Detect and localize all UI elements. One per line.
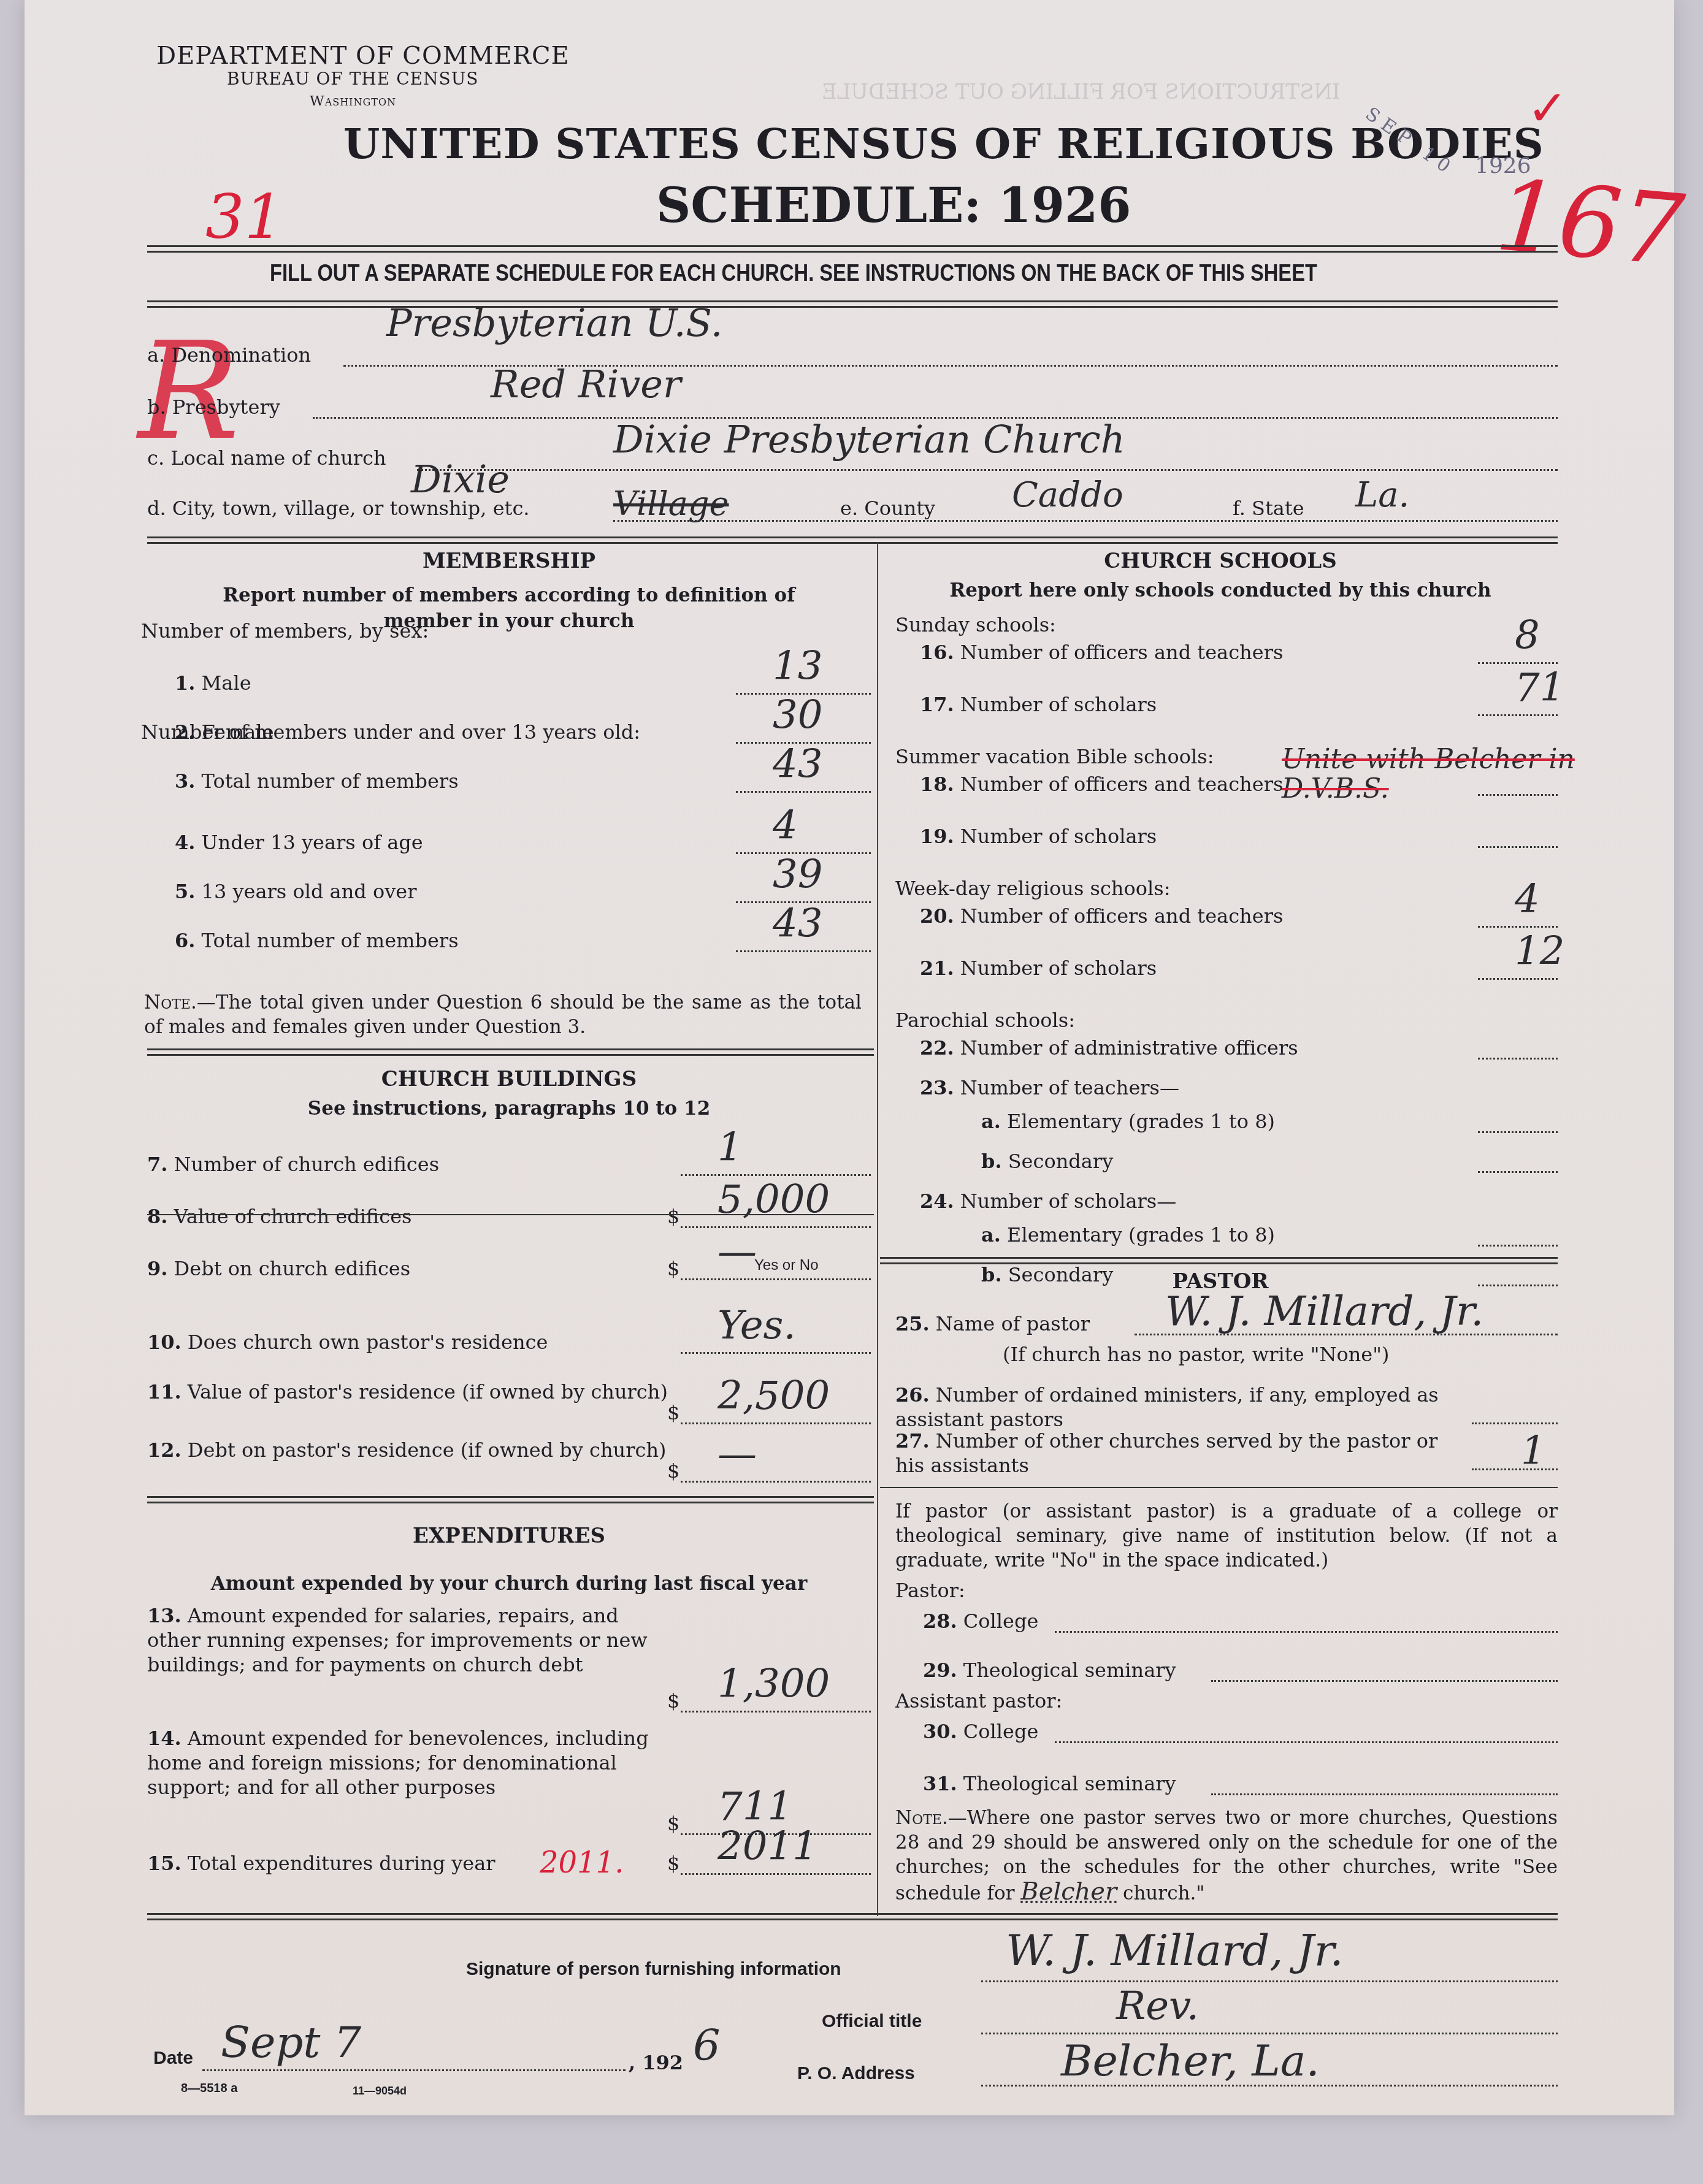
schools-q20-line [1478, 926, 1558, 928]
membership-q1-field[interactable]: 13 [773, 644, 822, 689]
church-buildings-subheading: See instructions, paragraphs 10 to 12 [147, 1098, 871, 1120]
dollar-sign: $ [667, 1852, 679, 1875]
buildings-q12-line [681, 1481, 871, 1483]
buildings-q11-field[interactable]: 2,500 [718, 1373, 830, 1419]
membership-heading: MEMBERSHIP [147, 549, 871, 573]
buildings-rule [147, 1214, 874, 1215]
expenditures-q13-line [681, 1711, 871, 1712]
dollar-sign: $ [667, 1401, 679, 1424]
schools-q20-label: 20. Number of officers and teachers [920, 904, 1283, 928]
q31-field[interactable] [1211, 1793, 1558, 1795]
buildings-q9-field[interactable]: — [718, 1229, 757, 1275]
schools-group-label: Summer vacation Bible schools: [895, 745, 1214, 768]
official-title-line [981, 2033, 1558, 2034]
membership-divider [147, 1048, 874, 1056]
membership-q2-field[interactable]: 30 [773, 693, 822, 738]
q25-hint: (If church has no pastor, write "None") [1003, 1343, 1389, 1366]
membership-q1-label: 1. Male [175, 671, 251, 695]
schools-q21-label: 21. Number of scholars [920, 956, 1157, 980]
schools-qa-line [1478, 1131, 1558, 1133]
schools-subheader: 23. Number of teachers— [920, 1076, 1179, 1099]
schools-q21-field[interactable]: 12 [1515, 929, 1564, 974]
buildings-q7-line [681, 1174, 871, 1176]
signature-label: Signature of person furnishing informati… [466, 1959, 841, 1980]
department-name: DEPARTMENT OF COMMERCE [156, 42, 570, 70]
column-divider [877, 543, 878, 1916]
expenditures-q14-label: 14. Amount expended for benevolences, in… [147, 1726, 675, 1800]
membership-q6-line [736, 950, 871, 952]
see-schedule-church: Belcher [1020, 1877, 1117, 1906]
expenditures-q14-field[interactable]: 711 [718, 1784, 792, 1830]
schools-q19-label: 19. Number of scholars [920, 825, 1157, 848]
date-year-prefix: , 192 [629, 2051, 683, 2074]
buildings-divider [147, 1496, 874, 1503]
expenditures-q13-label: 13. Amount expended for salaries, repair… [147, 1603, 675, 1677]
header-divider [147, 245, 1558, 253]
church-schools-heading: CHURCH SCHOOLS [883, 549, 1558, 573]
membership-q3-field[interactable]: 43 [773, 742, 822, 787]
form-title: UNITED STATES CENSUS OF RELIGIOUS BODIES [343, 120, 1544, 169]
schools-qa-label: a. Elementary (grades 1 to 8) [981, 1223, 1275, 1247]
church-schools-subheading: Report here only schools conducted by th… [883, 579, 1558, 601]
membership-q5-field[interactable]: 39 [773, 852, 822, 898]
q26-line [1472, 1422, 1558, 1424]
expenditures-q13-field[interactable]: 1,300 [718, 1662, 830, 1707]
schools-q16-field[interactable]: 8 [1515, 613, 1540, 659]
instructions-banner: FILL OUT A SEPARATE SCHEDULE FOR EACH CH… [270, 261, 1317, 287]
official-title-label: Official title [822, 2011, 922, 2032]
buildings-q9-line [681, 1278, 871, 1280]
expenditures-q15-label: 15. Total expenditures during year [147, 1852, 496, 1875]
schools-qb-line [1478, 1171, 1558, 1173]
buildings-q7-label: 7. Number of church edifices [147, 1153, 439, 1176]
bureau-name: BUREAU OF THE CENSUS [227, 69, 478, 89]
official-title-field[interactable]: Rev. [1116, 1984, 1199, 2029]
church-buildings-heading: CHURCH BUILDINGS [147, 1067, 871, 1091]
banner-divider [147, 300, 1558, 308]
buildings-q10-line [681, 1352, 871, 1354]
presbytery-field[interactable]: Red River [491, 362, 681, 407]
dollar-sign: $ [667, 1257, 679, 1280]
bleed-through-text: INSTRUCTIONS FOR FILLING OUT SCHEDULE [822, 80, 1341, 104]
denomination-label: a. Denomination [147, 343, 311, 367]
pastor-note: Note.—Where one pastor serves two or mor… [895, 1806, 1558, 1906]
city-field[interactable]: Dixie [411, 457, 510, 502]
membership-q4-field[interactable]: 4 [773, 803, 798, 849]
q29-label: 29. Theological seminary [923, 1659, 1176, 1682]
local-name-label: c. Local name of church [147, 446, 386, 470]
schools-q21-line [1478, 978, 1558, 980]
schools-subheader: 24. Number of scholars— [920, 1189, 1176, 1213]
local-name-line [417, 469, 1558, 471]
pastor-rule [880, 1487, 1558, 1488]
date-year-field[interactable]: 6 [693, 2020, 721, 2071]
state-label: f. State [1233, 497, 1304, 520]
dollar-sign: $ [667, 1812, 679, 1835]
schools-q22-label: 22. Number of administrative officers [920, 1036, 1298, 1060]
q31-label: 31. Theological seminary [923, 1772, 1176, 1795]
total-correction-note: 2011. [540, 1846, 624, 1880]
schedule-year: SCHEDULE: 1926 [656, 178, 1131, 234]
po-address-label: P. O. Address [797, 2063, 915, 2084]
buildings-q8-label: 8. Value of church edifices [147, 1205, 411, 1228]
dollar-sign: $ [667, 1459, 679, 1483]
city-struck-value: Village [613, 484, 729, 523]
buildings-q8-line [681, 1226, 871, 1228]
buildings-q9-label: 9. Debt on church edifices [147, 1257, 410, 1280]
schools-qa-line [1478, 1245, 1558, 1247]
po-address-field[interactable]: Belcher, La. [1061, 2036, 1320, 2086]
schools-q22-line [1478, 1058, 1558, 1060]
schools-q17-line [1478, 714, 1558, 716]
membership-q5-label: 5. 13 years old and over [175, 880, 417, 903]
county-label: e. County [840, 497, 935, 520]
footer-divider [147, 1913, 1558, 1920]
presbytery-label: b. Presbytery [147, 395, 280, 419]
section-divider [147, 536, 1558, 544]
schools-group-label: Parochial schools: [895, 1009, 1075, 1032]
date-line [202, 2069, 626, 2071]
q27-field[interactable]: 1 [1521, 1429, 1546, 1474]
schools-q17-label: 17. Number of scholars [920, 693, 1157, 716]
denomination-field[interactable]: Presbyterian U.S. [386, 300, 723, 345]
q25-label: 25. Name of pastor [895, 1312, 1090, 1335]
expenditures-subheading: Amount expended by your church during la… [147, 1573, 871, 1595]
schools-group-label: Week-day religious schools: [895, 877, 1170, 900]
red-annotation-right: 167 [1491, 158, 1688, 288]
yes-no-hint: Yes or No [754, 1257, 819, 1274]
form-code-right: 11—9054d [353, 2085, 407, 2098]
date-label: Date [153, 2048, 193, 2069]
q27-label: 27. Number of other churches served by t… [895, 1429, 1460, 1478]
schools-q17-field[interactable]: 71 [1515, 665, 1564, 711]
schools-q19-line [1478, 846, 1558, 848]
q29-field[interactable] [1211, 1680, 1558, 1682]
city-line [613, 520, 1558, 522]
buildings-q12-field[interactable]: — [718, 1432, 757, 1477]
graduate-note: If pastor (or assistant pastor) is a gra… [895, 1499, 1558, 1573]
red-annotation-left: 31 [205, 181, 283, 253]
summer-school-note: Unite with Belcher in D.V.B.S. [1282, 745, 1601, 804]
expenditures-heading: EXPENDITURES [147, 1524, 871, 1548]
membership-q6-label: 6. Total number of members [175, 929, 459, 952]
dollar-sign: $ [667, 1689, 679, 1712]
signature-field[interactable]: W. J. Millard, Jr. [1006, 1925, 1344, 1976]
signature-line [981, 1980, 1558, 1982]
q28-field[interactable] [1055, 1631, 1558, 1633]
dollar-sign: $ [667, 1205, 679, 1228]
pastor-name-field[interactable]: W. J. Millard, Jr. [1165, 1288, 1483, 1335]
membership-q4-label: 4. Under 13 years of age [175, 831, 423, 854]
q30-label: 30. College [923, 1720, 1038, 1743]
q28-label: 28. College [923, 1609, 1038, 1633]
buildings-q10-label: 10. Does church own pastor's residence [147, 1331, 548, 1354]
expenditures-q15-field[interactable]: 2011 [718, 1824, 817, 1869]
q30-field[interactable] [1055, 1741, 1558, 1743]
date-field[interactable]: Sept 7 [221, 2017, 361, 2068]
members-by-age-label: Number of members under and over 13 year… [141, 720, 640, 744]
buildings-q8-field[interactable]: 5,000 [718, 1177, 830, 1223]
expenditures-q15-line [681, 1873, 871, 1875]
state-field[interactable]: La. [1355, 475, 1409, 515]
assistant-subheading: Assistant pastor: [895, 1689, 1062, 1712]
local-name-field[interactable]: Dixie Presbyterian Church [613, 417, 1125, 462]
membership-note: Note.—The total given under Question 6 s… [144, 990, 862, 1039]
buildings-q7-field[interactable]: 1 [718, 1125, 743, 1170]
q26-label: 26. Number of ordained ministers, if any… [895, 1383, 1460, 1432]
buildings-q11-line [681, 1422, 871, 1424]
schools-q20-field[interactable]: 4 [1515, 877, 1540, 922]
schools-q16-line [1478, 662, 1558, 664]
buildings-q10-field[interactable]: Yes. [718, 1303, 796, 1348]
buildings-q12-label: 12. Debt on pastor's residence (if owned… [147, 1438, 675, 1462]
schools-divider [880, 1257, 1558, 1264]
membership-q3-line [736, 791, 871, 793]
schools-q16-label: 16. Number of officers and teachers [920, 641, 1283, 664]
schools-qb-label: b. Secondary [981, 1150, 1113, 1173]
form-code-left: 8—5518 a [181, 2082, 237, 2096]
schools-qa-label: a. Elementary (grades 1 to 8) [981, 1110, 1275, 1133]
membership-q6-field[interactable]: 43 [773, 901, 822, 947]
schools-q18-label: 18. Number of officers and teachers [920, 773, 1283, 796]
schools-group-label: Sunday schools: [895, 613, 1056, 636]
census-schedule-sheet: INSTRUCTIONS FOR FILLING OUT SCHEDULE DE… [25, 0, 1674, 2115]
buildings-q11-label: 11. Value of pastor's residence (if owne… [147, 1380, 675, 1404]
members-by-sex-label: Number of members, by sex: [141, 619, 429, 643]
membership-q3-label: 3. Total number of members [175, 769, 459, 793]
red-check-icon: ✓ [1527, 80, 1568, 137]
pastor-subheading: Pastor: [895, 1579, 965, 1602]
bureau-city: Washington [310, 93, 396, 109]
county-field[interactable]: Caddo [1012, 475, 1123, 515]
